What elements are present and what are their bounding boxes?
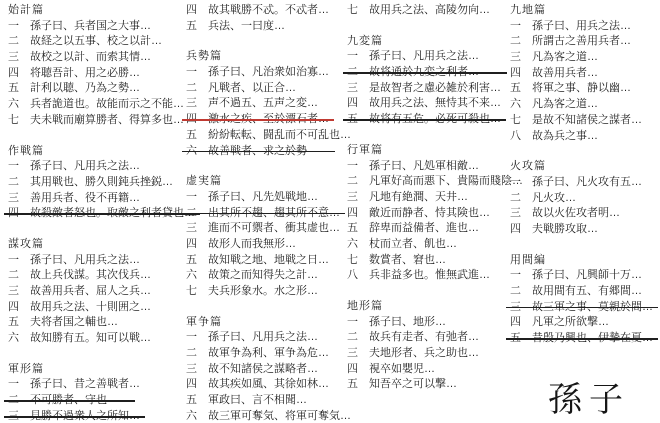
toc-item: 二故軍争為利、軍争為危… [186,346,329,362]
toc-item: 一孫子曰、昔之善戦者… [8,377,140,393]
toc-item-text: 其用戦也、勝久則鈍兵挫鋭… [30,176,173,188]
toc-item-text: 故用兵之法、十則囲之… [30,301,151,313]
toc-item-text: 夫未戦而廟算勝者、得算多也… [30,114,184,126]
toc-item: 五兵法、一曰度… [186,19,285,35]
toc-item-text: 故三軍可奪気、将軍可奪気… [208,410,351,422]
toc-item-text: 凡為客之道… [532,51,598,63]
toc-item-number: 二 [347,65,369,81]
toc-item: 一孫子曰、凡先処戦地… [186,190,318,206]
toc-item: 二凡戦者、以正合… [186,81,296,97]
section-title: 九変篇 [347,34,383,50]
section-title: 九地篇 [510,3,546,19]
toc-item-number: 四 [8,66,30,82]
toc-item: 八故為兵之事… [510,129,598,145]
toc-section: 軍形篇一孫子曰、昔之善戦者…二不可勝者、守也三見勝不過衆人之所知… [8,362,195,423]
toc-item-number: 五 [8,81,30,97]
toc-item: 三善用兵者、役不再籍… [8,191,140,207]
toc-item: 六故知勝有五。知可以戦… [8,331,151,347]
toc-section: 兵勢篇一孫子曰、凡治衆如治寡…二凡戦者、以正合…三声不過五、五声之変…四激水之疾… [186,49,351,159]
toc-item-number: 四 [510,66,532,82]
toc-item-text: 凡為客之道… [532,98,598,110]
toc-item: 三故善用兵者、屈人之兵… [8,284,151,300]
toc-item: 六杖而立者、飢也… [347,237,457,253]
toc-item-text: 杖而立者、飢也… [369,238,457,250]
toc-item-number: 三 [8,50,30,66]
toc-item: 三凡地有絶澗、天井… [347,190,468,206]
toc-item: 四凡軍之所欲撃… [510,315,609,331]
toc-item: 五昔殷乃興也、伊摯在夏… [510,331,653,347]
toc-item-number: 六 [186,409,208,423]
toc-item-number: 一 [186,65,208,81]
toc-item: 四夫戦勝攻取… [510,222,598,238]
toc-item-number: 二 [8,175,30,191]
toc-item-text: 故上兵伐謀。其次伐兵… [30,269,151,281]
toc-item-text: 孫子曰、地形… [369,316,446,328]
toc-item-text: 孫子曰、凡興師十万… [532,269,642,281]
toc-item-text: 孫子曰、凡用兵之法… [30,160,140,172]
toc-section: 行軍篇一孫子曰、凡処軍相敵…二凡軍好高而悪下、貴陽而賤陰…三凡地有絶澗、天井…四… [347,143,523,284]
toc-item-number: 一 [8,377,30,393]
toc-section: 地形篇一孫子曰、地形…二故兵有走者、有弛者…三夫地形者、兵之助也…四視卒如嬰児…… [347,299,523,393]
toc-item-text: 故策之而知得失之計… [208,269,318,281]
toc-item: 五軍政曰、言不相聞… [186,393,307,409]
toc-item-number: 四 [347,96,369,112]
toc-item-text: 故知戦之地、地戦之日… [208,254,329,266]
toc-item-text: 孫子曰、凡治衆如治寡… [208,66,329,78]
toc-item-number: 四 [510,315,532,331]
toc-item-number: 一 [186,330,208,346]
toc-item-text: 見勝不過衆人之所知… [30,410,140,422]
toc-item-text: 故其疾如風、其徐如林… [208,378,329,390]
toc-item: 一孫子曰、地形… [347,315,446,331]
toc-item-number: 二 [186,206,208,222]
toc-item: 五計利以聴、乃為之勢… [8,81,140,97]
toc-item: 一孫子曰、凡治衆如治寡… [186,65,329,81]
toc-section: 九地篇一孫子曰、用兵之法…二所謂古之善用兵者…三凡為客之道…四故善用兵者…五将軍… [510,3,653,144]
toc-item-text: 故知勝有五。知可以戦… [30,332,151,344]
toc-item-number: 六 [8,331,30,347]
toc-item: 一孫子曰、凡用兵之法… [186,330,318,346]
toc-item-text: 故将有五危。必死可殺也… [369,113,501,125]
section-title: 謀攻篇 [8,237,44,253]
toc-item-number: 四 [8,300,30,316]
toc-item: 一孫子曰、兵者国之大事… [8,19,151,35]
toc-item: 一孫子曰、凡火攻有五… [510,175,642,191]
toc-item: 四将聴吾計、用之必勝… [8,66,140,82]
toc-item: 一孫子曰、凡用兵之法… [8,159,140,175]
toc-item-text: 出其所不趨、趨其所不意… [208,207,340,219]
toc-item: 四視卒如嬰児… [347,362,435,378]
toc-item-text: 激水之疾、至於漂石者… [208,113,329,125]
toc-item-number: 七 [510,113,532,129]
toc-item-number: 一 [186,190,208,206]
toc-item-text: 故善戦者、求之於勢 [208,145,307,157]
toc-section: 火攻篇一孫子曰、凡火攻有五…二凡火攻…三故以火佐攻者明…四夫戦勝攻取… [510,159,653,237]
toc-item: 二故兵有走者、有弛者… [347,330,479,346]
toc-item: 一孫子曰、凡興師十万… [510,268,642,284]
toc-item-number: 五 [186,128,208,144]
toc-item-number: 一 [510,175,532,191]
toc-item-number: 三 [186,96,208,112]
toc-item: 三是故智者之慮必雑於利害… [347,81,501,97]
toc-item-text: 兵法、一曰度… [208,20,285,32]
toc-item-number: 四 [347,206,369,222]
toc-item-number: 三 [8,191,30,207]
toc-item-number: 二 [510,191,532,207]
toc-item: 二故将通於九変之利者… [347,65,479,81]
toc-item-text: 夫地形者、兵之助也… [369,347,479,359]
toc-item-text: 孫子曰、兵者国之大事… [30,20,151,32]
toc-item-number: 一 [8,159,30,175]
toc-item-number: 六 [186,144,208,160]
toc-section: 虚実篇一孫子曰、凡先処戦地…二出其所不趨、趨其所不意…三進而不可禦者、衝其虚也…… [186,174,351,300]
toc-item-text: 故用兵之法、高陵勿向… [369,4,490,16]
toc-item-number: 一 [510,268,532,284]
toc-item: 五故知戦之地、地戦之日… [186,253,329,269]
toc-item-text: 故将通於九変之利者… [369,66,479,78]
toc-item-text: 兵者詭道也。故能而示之不能… [30,98,184,110]
section-title: 火攻篇 [510,159,546,175]
toc-item-number: 一 [510,19,532,35]
toc-item-text: 孫子曰、凡用兵之法… [208,331,318,343]
toc-section: 九変篇一孫子曰、凡用兵之法…二故将通於九変之利者…三是故智者之慮必雑於利害…四故… [347,34,523,128]
toc-item: 六兵者詭道也。故能而示之不能… [8,97,184,113]
toc-item-number: 三 [510,300,532,316]
toc-item: 五知吾卒之可以撃… [347,377,457,393]
toc-column-1: 始計篇一孫子曰、兵者国之大事…二故経之以五事、校之以計…三故校之以計、而索其情…… [8,3,195,423]
toc-item-number: 五 [347,377,369,393]
toc-item-number: 三 [347,190,369,206]
toc-item-text: 孫子曰、凡火攻有五… [532,176,642,188]
toc-item: 二故用間有五、有郷間… [510,284,642,300]
toc-item: 五紛紛転転、闘乱而不可乱也… [186,128,351,144]
toc-item: 六故善戦者、求之於勢 [186,144,307,160]
toc-item-number: 五 [186,19,208,35]
toc-item-number: 三 [8,409,30,423]
toc-section: 軍争篇一孫子曰、凡用兵之法…二故軍争為利、軍争為危…三故不知諸侯之謀略者…四故其… [186,315,351,423]
toc-item: 二不可勝者、守也 [8,393,107,409]
toc-item-number: 四 [186,237,208,253]
art-of-war-toc-page: 始計篇一孫子曰、兵者国之大事…二故経之以五事、校之以計…三故校之以計、而索其情…… [0,0,660,423]
toc-section-continuation: 七故用兵之法、高陵勿向… [347,3,523,19]
section-title: 始計篇 [8,3,44,19]
toc-item: 三故三軍之事、莫親於間… [510,300,653,316]
toc-item: 五辞卑而益備者、進也… [347,221,479,237]
toc-item-text: 凡戦者、以正合… [208,82,296,94]
toc-item-number: 六 [186,268,208,284]
toc-item-text: 凡火攻… [532,192,576,204]
toc-item: 七夫兵形象水。水之形… [186,284,318,300]
toc-item-text: 故校之以計、而索其情… [30,51,151,63]
toc-item-number: 二 [186,81,208,97]
toc-item-text: 孫子曰、凡用兵之法… [369,50,479,62]
toc-item: 六故三軍可奪気、将軍可奪気… [186,409,351,423]
toc-item-number: 四 [186,3,208,19]
toc-item-text: 知吾卒之可以撃… [369,378,457,390]
toc-item-number: 二 [347,174,369,190]
toc-column-4: 九地篇一孫子曰、用兵之法…二所謂古之善用兵者…三凡為客之道…四故善用兵者…五将軍… [510,3,653,347]
toc-item-text: 故為兵之事… [532,130,598,142]
toc-item-number: 四 [186,112,208,128]
toc-item-text: 故軍争為利、軍争為危… [208,347,329,359]
toc-item-text: 声不過五、五声之変… [208,97,318,109]
toc-item-number: 二 [347,330,369,346]
toc-item: 三凡為客之道… [510,50,598,66]
toc-item: 三夫地形者、兵之助也… [347,346,479,362]
toc-item-text: 孫子曰、凡用兵之法… [30,254,140,266]
toc-item-number: 一 [8,253,30,269]
toc-item-text: 故殺敵者怒也。取敵之利者貸也… [30,207,195,219]
toc-item-text: 孫子曰、用兵之法… [532,20,631,32]
toc-item: 七夫未戦而廟算勝者、得算多也… [8,113,184,129]
section-title: 作戦篇 [8,144,44,160]
toc-item: 三見勝不過衆人之所知… [8,409,140,423]
section-title: 軍形篇 [8,362,44,378]
toc-item: 四敵近而静者、恃其険也… [347,206,490,222]
section-title: 兵勢篇 [186,49,222,65]
toc-item: 三故校之以計、而索其情… [8,50,151,66]
toc-item: 六凡為客之道… [510,97,598,113]
toc-item-text: 昔殷乃興也、伊摯在夏… [532,332,653,344]
toc-item-number: 一 [347,315,369,331]
toc-item-number: 二 [8,34,30,50]
toc-item-text: 孫子曰、昔之善戦者… [30,378,140,390]
toc-section-continuation: 四故其戦勝不忒。不忒者…五兵法、一曰度… [186,3,351,34]
section-title: 虚実篇 [186,174,222,190]
toc-item: 三故不知諸侯之謀略者… [186,362,318,378]
section-title: 軍争篇 [186,315,222,331]
toc-item-text: 夫兵形象水。水之形… [208,285,318,297]
toc-item-text: 将軍之事、静以幽… [532,82,631,94]
toc-item-text: 凡軍之所欲撃… [532,316,609,328]
toc-item: 四故其戦勝不忒。不忒者… [186,3,329,19]
toc-item: 四故形人而我無形… [186,237,296,253]
toc-item-text: 故用兵之法、無恃其不来… [369,97,501,109]
toc-item-number: 五 [347,112,369,128]
toc-item: 二凡軍好高而悪下、貴陽而賤陰… [347,174,523,190]
toc-item: 四激水之疾、至於漂石者… [186,112,329,128]
toc-item-text: 不可勝者、守也 [30,394,107,406]
toc-item-text: 数賞者、窘也… [369,254,446,266]
toc-item-number: 五 [186,253,208,269]
toc-item-text: 是故不知諸侯之謀者… [532,114,642,126]
toc-item: 四故用兵之法、無恃其不来… [347,96,501,112]
toc-item-text: 故兵有走者、有弛者… [369,331,479,343]
toc-item-number: 二 [510,284,532,300]
toc-item-number: 三 [510,206,532,222]
toc-item-number: 六 [510,97,532,113]
toc-item: 四故殺敵者怒也。取敵之利者貸也… [8,206,195,222]
toc-column-2: 四故其戦勝不忒。不忒者…五兵法、一曰度…兵勢篇一孫子曰、凡治衆如治寡…二凡戦者、… [186,3,351,423]
toc-item: 七是故不知諸侯之謀者… [510,113,642,129]
sunzi-signature: 孫子 [548,372,630,421]
toc-item-number: 五 [186,393,208,409]
toc-item: 一孫子曰、凡処軍相敵… [347,159,479,175]
toc-section: 謀攻篇一孫子曰、凡用兵之法…二故上兵伐謀。其次伐兵…三故善用兵者、屈人之兵…四故… [8,237,195,347]
toc-item: 二故経之以五事、校之以計… [8,34,162,50]
toc-item-number: 五 [510,331,532,347]
section-title: 地形篇 [347,299,383,315]
toc-column-3: 七故用兵之法、高陵勿向…九変篇一孫子曰、凡用兵之法…二故将通於九変之利者…三是故… [347,3,523,393]
toc-item-number: 二 [8,393,30,409]
toc-item: 三進而不可禦者、衝其虚也… [186,221,340,237]
toc-item: 二出其所不趨、趨其所不意… [186,206,340,222]
toc-item-text: 故善用兵者… [532,67,598,79]
toc-item-text: 紛紛転転、闘乱而不可乱也… [208,129,351,141]
toc-item: 三故以火佐攻者明… [510,206,620,222]
toc-item: 四故用兵之法、十則囲之… [8,300,151,316]
toc-item: 七故用兵之法、高陵勿向… [347,3,490,19]
toc-item: 五夫将者国之輔也… [8,315,118,331]
toc-item: 二凡火攻… [510,191,576,207]
section-title: 用間編 [510,253,546,269]
toc-item-number: 七 [347,3,369,19]
toc-item-number: 三 [8,284,30,300]
toc-item-number: 八 [347,268,369,284]
toc-item-text: 視卒如嬰児… [369,363,435,375]
toc-item-number: 七 [8,113,30,129]
toc-item: 三声不過五、五声之変… [186,96,318,112]
toc-item-text: 計利以聴、乃為之勢… [30,82,140,94]
toc-item-text: 凡軍好高而悪下、貴陽而賤陰… [369,175,523,187]
toc-item-number: 四 [510,222,532,238]
toc-item-text: 故経之以五事、校之以計… [30,35,162,47]
toc-item-text: 孫子曰、凡処軍相敵… [369,160,479,172]
toc-item-number: 二 [8,268,30,284]
toc-section: 始計篇一孫子曰、兵者国之大事…二故経之以五事、校之以計…三故校之以計、而索其情…… [8,3,195,129]
toc-item-number: 二 [186,346,208,362]
section-title: 行軍篇 [347,143,383,159]
toc-item-text: 夫将者国之輔也… [30,316,118,328]
toc-item-text: 故三軍之事、莫親於間… [532,301,653,313]
toc-item-number: 一 [347,49,369,65]
toc-item-text: 辞卑而益備者、進也… [369,222,479,234]
toc-item-number: 三 [186,221,208,237]
toc-item: 一孫子曰、用兵之法… [510,19,631,35]
toc-item-number: 三 [347,81,369,97]
toc-item-number: 七 [186,284,208,300]
toc-item: 八兵非益多也。惟無武進… [347,268,490,284]
toc-item-number: 三 [186,362,208,378]
toc-item-number: 四 [347,362,369,378]
toc-item-number: 四 [8,206,30,222]
toc-item-number: 五 [510,81,532,97]
toc-item-number: 五 [8,315,30,331]
toc-item: 七数賞者、窘也… [347,253,446,269]
toc-item-number: 七 [347,253,369,269]
toc-columns: 始計篇一孫子曰、兵者国之大事…二故経之以五事、校之以計…三故校之以計、而索其情…… [0,0,660,423]
toc-item-text: 将聴吾計、用之必勝… [30,67,140,79]
toc-item-number: 二 [510,34,532,50]
toc-item: 五故将有五危。必死可殺也… [347,112,501,128]
toc-item: 五将軍之事、静以幽… [510,81,631,97]
toc-item: 二所謂古之善用兵者… [510,34,631,50]
toc-item-number: 四 [186,377,208,393]
toc-item-text: 所謂古之善用兵者… [532,35,631,47]
toc-item-number: 六 [8,97,30,113]
toc-item: 二故上兵伐謀。其次伐兵… [8,268,151,284]
toc-item: 四故其疾如風、其徐如林… [186,377,329,393]
toc-section: 用間編一孫子曰、凡興師十万…二故用間有五、有郷間…三故三軍之事、莫親於間…四凡軍… [510,253,653,347]
toc-item-number: 一 [347,159,369,175]
toc-item-number: 三 [347,346,369,362]
toc-item-text: 故善用兵者、屈人之兵… [30,285,151,297]
toc-item-number: 六 [347,237,369,253]
toc-item-text: 故不知諸侯之謀略者… [208,363,318,375]
toc-item-text: 故其戦勝不忒。不忒者… [208,4,329,16]
toc-item-number: 八 [510,129,532,145]
toc-item-text: 軍政曰、言不相聞… [208,394,307,406]
toc-item-text: 兵非益多也。惟無武進… [369,269,490,281]
toc-item-text: 凡地有絶澗、天井… [369,191,468,203]
toc-item: 二其用戦也、勝久則鈍兵挫鋭… [8,175,173,191]
toc-item-text: 進而不可禦者、衝其虚也… [208,222,340,234]
toc-item: 一孫子曰、凡用兵之法… [8,253,140,269]
toc-item-number: 五 [347,221,369,237]
toc-item-text: 故形人而我無形… [208,238,296,250]
toc-item-text: 夫戦勝攻取… [532,223,598,235]
toc-item-text: 敵近而静者、恃其険也… [369,207,490,219]
toc-item-text: 是故智者之慮必雑於利害… [369,82,501,94]
toc-item-number: 一 [8,19,30,35]
toc-item-text: 故以火佐攻者明… [532,207,620,219]
toc-item-text: 孫子曰、凡先処戦地… [208,191,318,203]
toc-item-text: 故用間有五、有郷間… [532,285,642,297]
toc-item: 四故善用兵者… [510,66,598,82]
toc-item: 六故策之而知得失之計… [186,268,318,284]
toc-item-text: 善用兵者、役不再籍… [30,192,140,204]
toc-item: 一孫子曰、凡用兵之法… [347,49,479,65]
toc-item-number: 三 [510,50,532,66]
toc-section: 作戦篇一孫子曰、凡用兵之法…二其用戦也、勝久則鈍兵挫鋭…三善用兵者、役不再籍…四… [8,144,195,222]
